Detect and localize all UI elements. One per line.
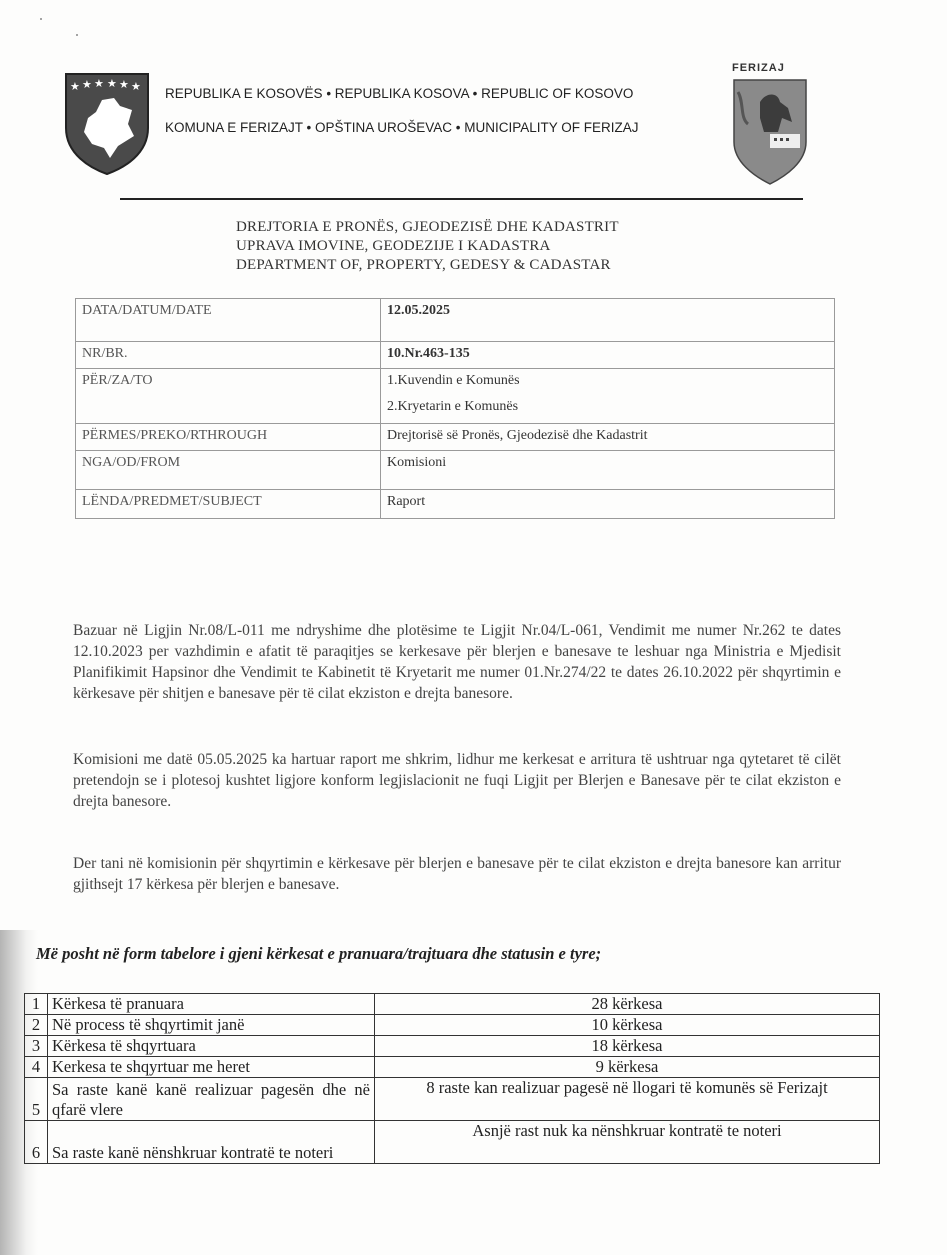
meta-key: DATA/DATUM/DATE <box>76 299 381 342</box>
kosovo-coat-of-arms-icon: ★★★ ★★★ <box>62 66 152 176</box>
department-title-albanian: DREJTORIA E PRONËS, GJEODEZISË DHE KADAS… <box>236 218 619 237</box>
row-value: 8 raste kan realizuar pagesë në llogari … <box>375 1078 880 1121</box>
recipient-1: 1.Kuvendin e Komunës <box>387 373 520 388</box>
department-title-english: DEPARTMENT OF, PROPERTY, GEDESY & CADAST… <box>236 256 619 275</box>
row-value: 18 kërkesa <box>375 1036 880 1057</box>
ferizaj-coat-of-arms: FERIZAJ <box>730 62 810 187</box>
meta-key: LËNDA/PREDMET/SUBJECT <box>76 490 381 519</box>
meta-row-from: NGA/OD/FROM Komisioni <box>76 451 835 490</box>
meta-value-number: 10.Nr.463-135 <box>381 342 835 369</box>
row-value: 28 kërkesa <box>375 994 880 1015</box>
paragraph-legal-basis: Bazuar në Ligjin Nr.08/L-011 me ndryshim… <box>73 620 841 704</box>
row-value: 10 kërkesa <box>375 1015 880 1036</box>
row-label: Kërkesa të pranuara <box>48 994 375 1015</box>
row-label: Kerkesa te shqyrtuar me heret <box>48 1057 375 1078</box>
table-row: 6 Sa raste kanë nënshkruar kontratë te n… <box>25 1121 880 1164</box>
meta-value-through: Drejtorisë së Pronës, Gjeodezisë dhe Kad… <box>381 424 835 451</box>
row-number: 5 <box>25 1078 48 1121</box>
meta-value-subject: Raport <box>381 490 835 519</box>
letterhead: ★★★ ★★★ REPUBLIKA E KOSOVËS • REPUBLIKA … <box>60 62 840 192</box>
header-municipality-line: KOMUNA E FERIZAJT • OPŠTINA UROŠEVAC • M… <box>165 120 639 135</box>
table-row: 3 Kërkesa të shqyrtuara 18 kërkesa <box>25 1036 880 1057</box>
meta-key: NGA/OD/FROM <box>76 451 381 490</box>
scan-speck <box>40 18 42 20</box>
table-row: 5 Sa raste kanë kanë realizuar pagesën d… <box>25 1078 880 1121</box>
header-divider <box>120 198 803 200</box>
meta-value-date: 12.05.2025 <box>381 299 835 342</box>
meta-row-date: DATA/DATUM/DATE 12.05.2025 <box>76 299 835 342</box>
row-label: Sa raste kanë kanë realizuar pagesën dhe… <box>48 1078 375 1121</box>
paragraph-commission-report: Komisioni me datë 05.05.2025 ka hartuar … <box>73 749 841 812</box>
emblem-city-name: FERIZAJ <box>732 62 785 74</box>
row-label: Në process të shqyrtimit janë <box>48 1015 375 1036</box>
meta-row-subject: LËNDA/PREDMET/SUBJECT Raport <box>76 490 835 519</box>
row-label: Kërkesa të shqyrtuara <box>48 1036 375 1057</box>
meta-row-to: PËR/ZA/TO 1.Kuvendin e Komunës 2.Kryetar… <box>76 369 835 424</box>
svg-text:★: ★ <box>107 77 117 90</box>
table-caption: Më posht në form tabelore i gjeni kërkes… <box>36 944 601 964</box>
row-number: 2 <box>25 1015 48 1036</box>
document-metadata-table: DATA/DATUM/DATE 12.05.2025 NR/BR. 10.Nr.… <box>75 298 835 519</box>
svg-text:★: ★ <box>94 77 104 90</box>
meta-key: PËR/ZA/TO <box>76 369 381 424</box>
row-number: 1 <box>25 994 48 1015</box>
row-value: Asnjë rast nuk ka nënshkruar kontratë te… <box>375 1121 880 1164</box>
meta-row-through: PËRMES/PREKO/RTHROUGH Drejtorisë së Pron… <box>76 424 835 451</box>
table-row: 4 Kerkesa te shqyrtuar me heret 9 kërkes… <box>25 1057 880 1078</box>
scan-speck <box>76 34 78 36</box>
meta-value-from: Komisioni <box>381 451 835 490</box>
paragraph-request-count: Der tani në komisionin për shqyrtimin e … <box>73 853 841 895</box>
svg-text:★: ★ <box>119 78 129 91</box>
row-number: 4 <box>25 1057 48 1078</box>
request-status-table: 1 Kërkesa të pranuara 28 kërkesa 2 Në pr… <box>24 993 880 1164</box>
header-republic-line: REPUBLIKA E KOSOVËS • REPUBLIKA KOSOVA •… <box>165 86 633 101</box>
table-row: 1 Kërkesa të pranuara 28 kërkesa <box>25 994 880 1015</box>
row-number: 6 <box>25 1121 48 1164</box>
meta-key: NR/BR. <box>76 342 381 369</box>
recipient-2: 2.Kryetarin e Komunës <box>387 399 828 415</box>
meta-key: PËRMES/PREKO/RTHROUGH <box>76 424 381 451</box>
svg-text:★: ★ <box>131 80 141 93</box>
department-title-serbian: UPRAVA IMOVINE, GEODEZIJE I KADASTRA <box>236 237 619 256</box>
row-value: 9 kërkesa <box>375 1057 880 1078</box>
meta-value-to: 1.Kuvendin e Komunës 2.Kryetarin e Komun… <box>381 369 835 424</box>
row-label: Sa raste kanë nënshkruar kontratë te not… <box>48 1121 375 1164</box>
department-title: DREJTORIA E PRONËS, GJEODEZISË DHE KADAS… <box>236 218 619 275</box>
svg-text:★: ★ <box>82 78 92 91</box>
row-number: 3 <box>25 1036 48 1057</box>
meta-row-number: NR/BR. 10.Nr.463-135 <box>76 342 835 369</box>
svg-text:★: ★ <box>70 80 80 93</box>
ferizaj-coat-of-arms-icon <box>730 62 810 187</box>
table-row: 2 Në process të shqyrtimit janë 10 kërke… <box>25 1015 880 1036</box>
